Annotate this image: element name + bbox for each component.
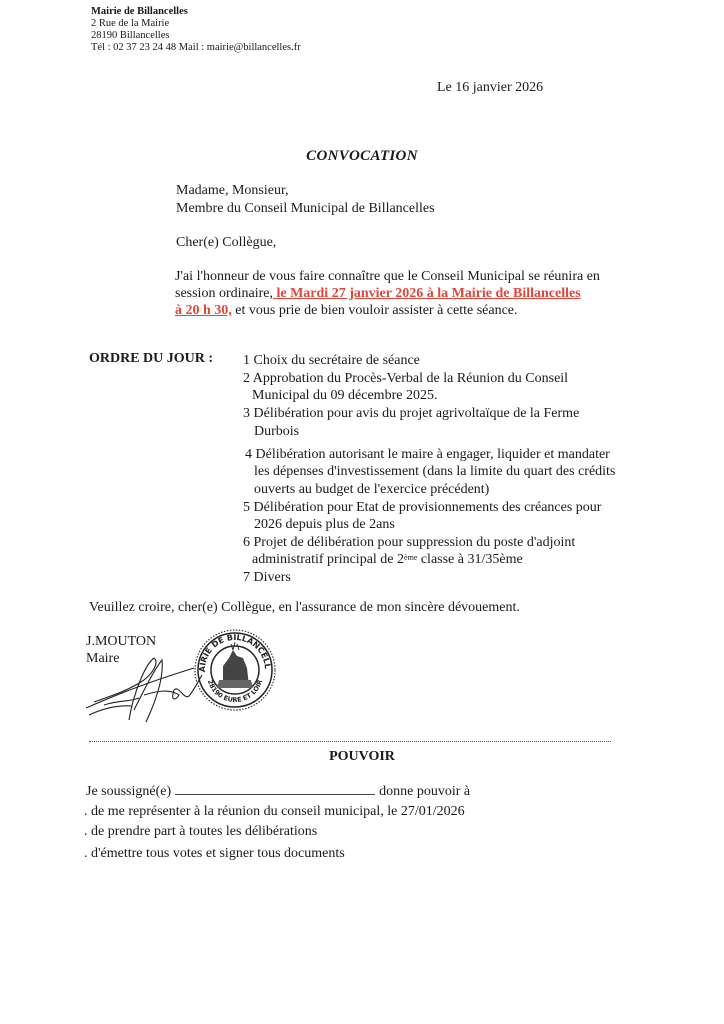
mairie-stamp-icon: MAIRIE DE BILLANCELLES 28190 EURE ET LOI… xyxy=(193,628,277,712)
agenda-item-4-cont-2: ouverts au budget de l'exercice précéden… xyxy=(254,481,489,498)
agenda-label: ORDRE DU JOUR : xyxy=(89,351,213,367)
proxy-bullet-2: . de prendre part à toutes les délibérat… xyxy=(84,823,317,840)
body-line-3: à 20 h 30, et vous prie de bien vouloir … xyxy=(175,302,518,319)
proxy-bullet-3: . d'émettre tous votes et signer tous do… xyxy=(84,845,345,862)
sender-address-2: 28190 Billancelles xyxy=(91,30,169,42)
agenda-item-6-cont: administratif principal de 2ème classe à… xyxy=(252,551,523,568)
agenda-item-1: 1 Choix du secrétaire de séance xyxy=(243,352,420,369)
agenda-item-5: 5 Délibération pour Etat de provisionnem… xyxy=(243,499,601,516)
sender-contact: Tél : 02 37 23 24 48 Mail : mairie@billa… xyxy=(91,42,301,54)
agenda-item-2-cont: Municipal du 09 décembre 2025. xyxy=(252,387,437,404)
agenda-item-6-cont-prefix: administratif principal de 2 xyxy=(252,552,404,567)
proxy-suffix: donne pouvoir à xyxy=(379,784,470,799)
body-line-2: session ordinaire, le Mardi 27 janvier 2… xyxy=(175,285,581,302)
closing-formula: Veuillez croire, cher(e) Collègue, en l'… xyxy=(89,599,520,616)
agenda-item-6-sup: ème xyxy=(404,553,417,562)
salutation-line-2: Membre du Conseil Municipal de Billancel… xyxy=(176,200,435,217)
agenda-item-6-cont-suffix: classe à 31/35ème xyxy=(417,552,522,567)
proxy-prefix: Je soussigné(e) xyxy=(86,784,171,799)
cut-line-divider xyxy=(89,741,611,742)
letter-date: Le 16 janvier 2026 xyxy=(437,80,543,96)
proxy-line: Je soussigné(e)donne pouvoir à xyxy=(86,782,470,800)
proxy-name-field[interactable] xyxy=(175,782,375,795)
proxy-bullet-1: . de me représenter à la réunion du cons… xyxy=(84,803,465,820)
agenda-item-3-cont: Durbois xyxy=(254,423,299,440)
body-line-3-suffix: et vous prie de bien vouloir assister à … xyxy=(232,303,518,318)
sender-name: Mairie de Billancelles xyxy=(91,6,188,18)
agenda-item-5-cont: 2026 depuis plus de 2ans xyxy=(254,516,395,533)
body-line-2-prefix: session ordinaire, xyxy=(175,286,273,301)
agenda-item-7: 7 Divers xyxy=(243,569,291,586)
salutation-line-3: Cher(e) Collègue, xyxy=(176,234,276,251)
agenda-item-2: 2 Approbation du Procès-Verbal de la Réu… xyxy=(243,370,568,387)
proxy-title: POUVOIR xyxy=(0,749,724,765)
document-title: CONVOCATION xyxy=(0,148,724,165)
agenda-item-6: 6 Projet de délibération pour suppressio… xyxy=(243,534,575,551)
signatory-name: J.MOUTON xyxy=(86,633,156,650)
agenda-item-4-cont-1: les dépenses d'investissement (dans la l… xyxy=(254,463,615,480)
meeting-date-location: le Mardi 27 janvier 2026 à la Mairie de … xyxy=(273,286,581,301)
body-line-1: J'ai l'honneur de vous faire connaître q… xyxy=(175,268,600,285)
meeting-time: à 20 h 30, xyxy=(175,303,232,318)
agenda-item-4: 4 Délibération autorisant le maire à eng… xyxy=(245,446,610,463)
salutation-line-1: Madame, Monsieur, xyxy=(176,182,289,199)
agenda-item-3: 3 Délibération pour avis du projet agriv… xyxy=(243,405,579,422)
sender-address-1: 2 Rue de la Mairie xyxy=(91,18,169,30)
